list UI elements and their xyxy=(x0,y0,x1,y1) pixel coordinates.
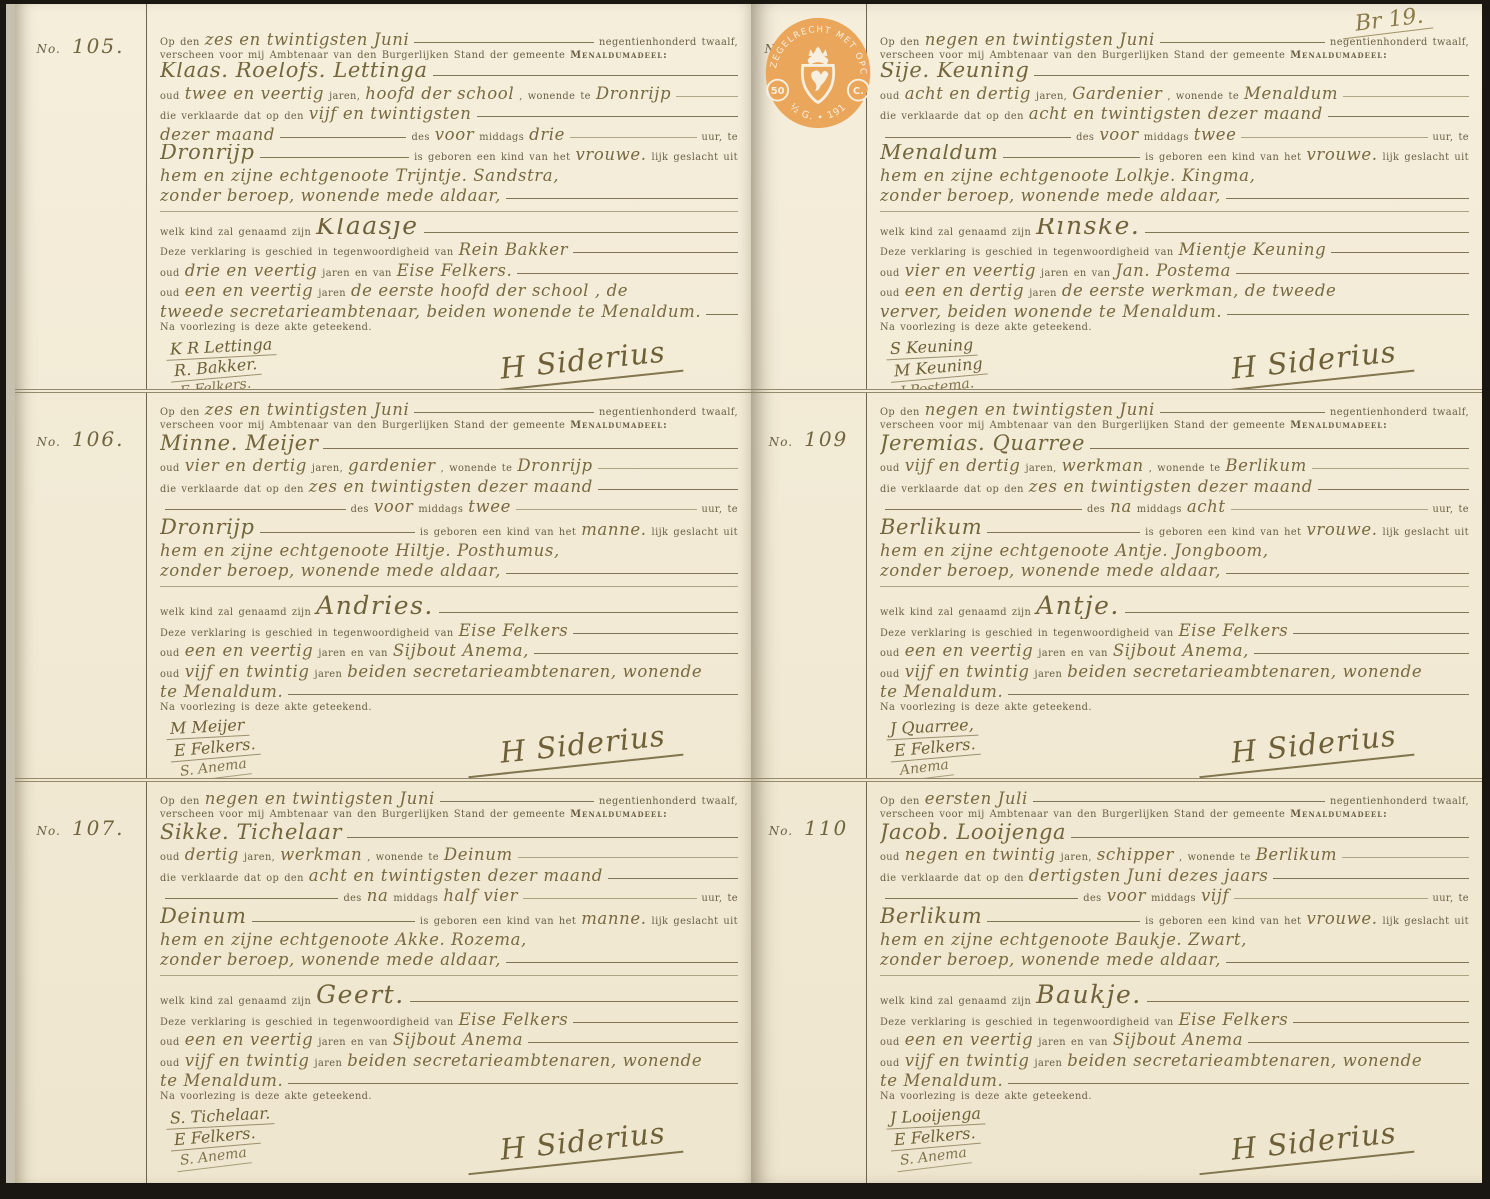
hw-child-name: Rinske. xyxy=(1036,218,1140,239)
line-beroep: zonder beroep, wonende mede aldaar, xyxy=(160,560,738,581)
printed-jaren: jaren, xyxy=(244,851,275,864)
signature-block: S KeuningM KeuningJ Postema. H Siderius xyxy=(880,337,1469,391)
printed-des: des xyxy=(343,892,361,905)
fill-line xyxy=(1071,837,1469,838)
signature-block: J LooijengaE Felkers.S. Anema H Siderius xyxy=(880,1106,1469,1183)
printed-verklaring: Deze verklaring is geschied in tegenwoor… xyxy=(880,627,1174,640)
hw-time: vijf xyxy=(1201,886,1229,905)
record-body: Op den zes en twintigsten Juni negentien… xyxy=(146,393,751,778)
printed-jaren-en-van: jaren en van xyxy=(322,267,392,280)
printed-middags: middags xyxy=(1151,892,1196,905)
printed-verklaarde: die verklaarde dat op den xyxy=(160,110,304,123)
fill-line xyxy=(885,509,1082,510)
fill-line xyxy=(1033,801,1325,802)
line-witness-desc-2: te Menaldum. xyxy=(160,1070,738,1091)
printed-verklaarde: die verklaarde dat op den xyxy=(880,872,1024,885)
fill-line xyxy=(260,157,410,158)
hw-witness2-age: een en veertig xyxy=(185,281,314,300)
hw-residence: Berlikum xyxy=(1225,456,1306,475)
printed-middags: middags xyxy=(479,131,524,144)
line-declaration-date: die verklaarde dat op den acht en twinti… xyxy=(160,864,738,885)
line-blank xyxy=(160,580,738,593)
fill-line xyxy=(1147,1001,1469,1002)
hw-witness2: Sijbout Anema, xyxy=(393,641,529,660)
fill-line xyxy=(1226,573,1469,574)
hw-gender: manne. xyxy=(581,909,646,928)
fill-line xyxy=(252,921,415,922)
line-witness1: Deze verklaring is geschied in tegenwoor… xyxy=(160,239,738,260)
printed-oud: oud xyxy=(160,1036,180,1049)
printed-verklaarde: die verklaarde dat op den xyxy=(160,872,304,885)
printed-uur-te: uur, te xyxy=(1433,131,1470,144)
printed-des: des xyxy=(351,503,369,516)
hw-birthplace: Berlikum xyxy=(880,905,982,928)
hw-occupation: gardenier xyxy=(348,456,436,475)
printed-welk-kind: welk kind zal genaamd zijn xyxy=(160,606,311,619)
fill-line xyxy=(433,75,738,76)
line-birthplace: Dronrijp is geboren een kind van het vro… xyxy=(160,144,738,165)
fill-line xyxy=(570,137,696,138)
printed-oud: oud xyxy=(160,90,180,103)
line-voorlezing: Na voorlezing is deze akte geteekend. xyxy=(880,701,1469,714)
printed-oud: oud xyxy=(880,287,900,300)
fill-line xyxy=(1125,612,1469,613)
record-number-value: 106. xyxy=(72,427,125,451)
hw-age: vier en dertig xyxy=(185,456,307,475)
line-declarant: Klaas. Roelofs. Lettinga xyxy=(160,62,738,83)
line-beroep: zonder beroep, wonende mede aldaar, xyxy=(160,949,738,970)
line-declarant: Jacob. Looijenga xyxy=(880,821,1469,844)
record-number: No. 107. xyxy=(15,816,146,840)
hw-witness-description: beiden secretarieambtenaren, wonende xyxy=(347,1051,702,1070)
fill-line xyxy=(885,137,1071,138)
record-number-value: 110 xyxy=(804,816,848,840)
hw-declaration-date: acht en twintigsten dezer maand xyxy=(1029,104,1323,123)
hw-witness2: Eise Felkers. xyxy=(397,261,513,280)
hw-spouse-line: hem en zijne echtgenoote Akke. Rozema, xyxy=(160,930,527,949)
line-voorlezing: Na voorlezing is deze akte geteekend. xyxy=(160,1090,738,1103)
hw-witness2-age: vijf en twintig xyxy=(185,662,310,681)
line-age-occupation: oud dertig jaren, werkman , wonende te D… xyxy=(160,844,738,865)
printed-oud: oud xyxy=(160,647,180,660)
line-time: des na middags half vier uur, te xyxy=(160,885,738,906)
hw-witness1: Eise Felkers xyxy=(1179,621,1289,640)
record: No. 105. Op den zes en twintigsten Juni … xyxy=(15,4,751,393)
line-age-occupation: oud twee en veertig jaren, hoofd der sch… xyxy=(160,82,738,103)
fill-line xyxy=(987,921,1140,922)
hw-age: vijf en dertig xyxy=(905,456,1021,475)
hw-witness-description-2: te Menaldum. xyxy=(160,1071,283,1090)
hw-witness-description: beiden secretarieambtenaren, wonende xyxy=(1067,662,1422,681)
fill-line xyxy=(1273,878,1469,879)
hw-witness1: Eise Felkers xyxy=(1179,1010,1289,1029)
no-label: No. xyxy=(769,824,793,838)
hw-witness-description: de eerste hoofd der school , de xyxy=(351,281,628,300)
hw-age: negen en twintig xyxy=(905,845,1056,864)
line-birthplace: Berlikum is geboren een kind van het vro… xyxy=(880,905,1469,928)
hw-date: zes en twintigsten Juni xyxy=(205,30,410,49)
hw-birthplace: Deinum xyxy=(160,905,247,928)
line-date: Op den negen en twintigsten Juni negenti… xyxy=(160,787,738,808)
hw-time: twee xyxy=(468,497,511,516)
printed-voorlezing: Na voorlezing is deze akte geteekend. xyxy=(160,701,372,714)
hw-daypart: na xyxy=(367,886,389,905)
printed-geslacht: lijk geslacht uit xyxy=(652,151,738,164)
printed-oud: oud xyxy=(880,668,900,681)
fill-line xyxy=(598,468,738,469)
no-label: No. xyxy=(37,42,61,56)
printed-jaren: jaren xyxy=(315,1057,343,1070)
fill-line xyxy=(260,532,415,533)
printed-jaren: jaren, xyxy=(312,462,343,475)
hw-witness-description-2: te Menaldum. xyxy=(880,682,1003,701)
printed-oud: oud xyxy=(880,851,900,864)
hw-child-name: Andries. xyxy=(316,593,434,619)
hw-witness-description-2: te Menaldum. xyxy=(160,682,283,701)
fill-line xyxy=(165,898,338,899)
printed-welk-kind: welk kind zal genaamd zijn xyxy=(160,226,311,239)
line-time: des na middags acht uur, te xyxy=(880,496,1469,517)
printed-jaren: jaren xyxy=(1035,1057,1063,1070)
hw-daypart: na xyxy=(1110,497,1132,516)
printed-jaren-en-van: jaren en van xyxy=(1041,267,1111,280)
hw-child-name: Baukje. xyxy=(1036,982,1142,1008)
line-voorlezing: Na voorlezing is deze akte geteekend. xyxy=(160,321,738,334)
line-declarant: Sikke. Tichelaar xyxy=(160,821,738,844)
record-number-value: 105. xyxy=(72,34,125,58)
line-blank xyxy=(160,205,738,218)
printed-gemeente: Menaldumadeel: xyxy=(570,809,668,820)
line-witness1: Deze verklaring is geschied in tegenwoor… xyxy=(880,619,1469,640)
signature-list: S. Tichelaar.E Felkers.S. Anema xyxy=(160,1106,274,1183)
printed-verscheen: verscheen voor mij Ambtenaar van den Bur… xyxy=(880,419,1388,432)
record-body: Op den zes en twintigsten Juni negentien… xyxy=(146,4,751,389)
printed-verklaarde: die verklaarde dat op den xyxy=(160,483,304,496)
printed-oud: oud xyxy=(160,267,180,280)
printed-des: des xyxy=(1087,503,1105,516)
line-declaration-date: die verklaarde dat op den zes en twintig… xyxy=(160,475,738,496)
printed-voorlezing: Na voorlezing is deze akte geteekend. xyxy=(160,321,372,334)
line-child-name: welk kind zal genaamd zijn Geert. xyxy=(160,982,738,1008)
line-spouse: hem en zijne echtgenoote Baukje. Zwart, xyxy=(880,928,1469,949)
register-photo: No. 105. Op den zes en twintigsten Juni … xyxy=(0,0,1490,1199)
printed-geboren: is geboren een kind van het xyxy=(414,151,570,164)
hw-time: drie xyxy=(529,125,565,144)
printed-middags: middags xyxy=(393,892,438,905)
printed-verscheen: verscheen voor mij Ambtenaar van den Bur… xyxy=(880,49,1388,62)
stamp-left-badge: 50 xyxy=(771,86,785,97)
hw-zonder-beroep: zonder beroep, wonende mede aldaar, xyxy=(160,950,501,969)
record-number: No. 109 xyxy=(751,427,866,451)
hw-witness2-age: een en dertig xyxy=(905,281,1025,300)
printed-oud: oud xyxy=(880,1036,900,1049)
hw-spouse-line: hem en zijne echtgenoote Trijntje. Sands… xyxy=(160,166,559,185)
hw-witness-description-2: te Menaldum. xyxy=(880,1071,1003,1090)
line-child-name: welk kind zal genaamd zijn Rinske. xyxy=(880,218,1469,239)
line-witness-desc: oud een en veertig jaren de eerste hoofd… xyxy=(160,280,738,301)
line-registrar-intro: verscheen voor mij Ambtenaar van den Bur… xyxy=(160,419,738,432)
no-label: No. xyxy=(769,435,793,449)
printed-year: negentienhonderd twaalf, xyxy=(599,795,738,808)
hw-gender: manne. xyxy=(581,520,646,539)
line-time: des voor middags twee uur, te xyxy=(880,123,1469,144)
printed-geboren: is geboren een kind van het xyxy=(420,526,576,539)
signature-list: K R LettingaR. Bakker.E Felkers. xyxy=(160,337,276,391)
line-spouse: hem en zijne echtgenoote Akke. Rozema, xyxy=(160,928,738,949)
hw-witness-description-2: tweede secretarieambtenaar, beiden wonen… xyxy=(160,302,701,321)
fill-line xyxy=(288,1083,738,1084)
record-number-value: 107. xyxy=(72,816,125,840)
line-age-occupation: oud vijf en dertig jaren, werkman , wone… xyxy=(880,455,1469,476)
hw-witness-description: de eerste werkman, de tweede xyxy=(1062,281,1336,300)
fill-line xyxy=(440,801,594,802)
hw-age: dertig xyxy=(185,845,239,864)
fill-line xyxy=(288,694,738,695)
printed-voorlezing: Na voorlezing is deze akte geteekend. xyxy=(880,701,1092,714)
registrar-signature: H Siderius xyxy=(464,1114,683,1175)
hw-witness-description-2: verver, beiden wonende te Menaldum. xyxy=(880,302,1222,321)
fill-line xyxy=(573,1022,738,1023)
fill-line xyxy=(1227,314,1469,315)
line-birthplace: Deinum is geboren een kind van het manne… xyxy=(160,905,738,928)
fill-line xyxy=(1231,509,1428,510)
line-beroep: zonder beroep, wonende mede aldaar, xyxy=(880,560,1469,581)
hw-declarant-name: Jeremias. Quarree xyxy=(880,432,1085,455)
registrar-signature: H Siderius xyxy=(1195,717,1414,778)
fill-line xyxy=(477,116,738,117)
line-registrar-intro: verscheen voor mij Ambtenaar van den Bur… xyxy=(160,808,738,821)
fill-line xyxy=(424,232,738,233)
line-registrar-intro: verscheen voor mij Ambtenaar van den Bur… xyxy=(160,49,738,62)
line-witness2: oud vier en veertig jaren en van Jan. Po… xyxy=(880,259,1469,280)
printed-geboren: is geboren een kind van het xyxy=(1145,526,1301,539)
fill-line xyxy=(573,633,738,634)
printed-geslacht: lijk geslacht uit xyxy=(652,915,738,928)
hw-witness2: Jan. Postema xyxy=(1116,261,1231,280)
printed-verklaring: Deze verklaring is geschied in tegenwoor… xyxy=(880,1016,1174,1029)
fill-line xyxy=(608,878,738,879)
fill-line xyxy=(1254,653,1469,654)
fill-line xyxy=(414,412,594,413)
printed-oud: oud xyxy=(880,1057,900,1070)
fill-line xyxy=(885,898,1078,899)
fill-line xyxy=(506,198,738,199)
no-label: No. xyxy=(37,824,61,838)
hw-occupation: werkman xyxy=(1062,456,1144,475)
fill-line xyxy=(1236,273,1469,274)
hw-witness-description: beiden secretarieambtenaren, wonende xyxy=(1067,1051,1422,1070)
printed-middags: middags xyxy=(1137,503,1182,516)
hw-declarant-name: Klaas. Roelofs. Lettinga xyxy=(160,62,428,83)
printed-jaren: jaren, xyxy=(329,90,360,103)
hw-birthplace: Dronrijp xyxy=(160,144,255,165)
hw-child-name: Geert. xyxy=(316,982,405,1008)
printed-jaren: jaren xyxy=(318,287,346,300)
hw-witness1-age: een en veertig xyxy=(185,1030,314,1049)
fill-line xyxy=(414,42,594,43)
line-witness-desc: oud vijf en twintig jaren beiden secreta… xyxy=(880,1049,1469,1070)
printed-wonende-te: , wonende te xyxy=(367,851,439,864)
line-witness-desc-2: te Menaldum. xyxy=(880,681,1469,702)
fill-line xyxy=(518,857,738,858)
record-number-column: No. 106. xyxy=(15,393,146,778)
line-time: dezer maand des voor middags drie uur, t… xyxy=(160,123,738,144)
hw-witness2: Sijbout Anema xyxy=(393,1030,523,1049)
line-witness-desc-2: te Menaldum. xyxy=(160,681,738,702)
printed-oud: oud xyxy=(880,90,900,103)
fill-line xyxy=(534,653,738,654)
fill-line xyxy=(1331,252,1469,253)
printed-geboren: is geboren een kind van het xyxy=(1145,915,1301,928)
registrar-signature: H Siderius xyxy=(1195,333,1414,393)
printed-des: des xyxy=(1076,131,1094,144)
printed-verklaring: Deze verklaring is geschied in tegenwoor… xyxy=(880,246,1174,259)
hw-witness1-age: een en veertig xyxy=(185,641,314,660)
fill-line xyxy=(706,314,738,315)
line-declarant: Minne. Meijer xyxy=(160,432,738,455)
hw-residence: Menaldum xyxy=(1244,84,1338,103)
printed-jaren-en-van: jaren en van xyxy=(1038,1036,1108,1049)
printed-wonende-te: , wonende te xyxy=(441,462,513,475)
signature-block: K R LettingaR. Bakker.E Felkers. H Sider… xyxy=(160,337,738,391)
hw-occupation: werkman xyxy=(280,845,362,864)
fill-line xyxy=(523,898,696,899)
printed-jaren: jaren xyxy=(315,668,343,681)
hw-birthplace: Menaldum xyxy=(880,144,998,165)
signature-list: J Quarree,E Felkers.Anema xyxy=(880,717,978,778)
hw-witness1: Mientje Keuning xyxy=(1179,240,1327,259)
hw-witness1: Rein Bakker xyxy=(459,240,569,259)
line-child-name: welk kind zal genaamd zijn Klaasje xyxy=(160,218,738,239)
printed-year: negentienhonderd twaalf, xyxy=(599,406,738,419)
printed-oud: oud xyxy=(160,1057,180,1070)
printed-gemeente: Menaldumadeel: xyxy=(1290,50,1388,61)
printed-year: negentienhonderd twaalf, xyxy=(599,36,738,49)
line-witness1: Deze verklaring is geschied in tegenwoor… xyxy=(160,1008,738,1029)
fill-line xyxy=(506,962,738,963)
printed-verklaarde: die verklaarde dat op den xyxy=(880,110,1024,123)
printed-oud: oud xyxy=(160,287,180,300)
line-date: Op den zes en twintigsten Juni negentien… xyxy=(160,398,738,419)
printed-welk-kind: welk kind zal genaamd zijn xyxy=(880,606,1031,619)
hw-zonder-beroep: zonder beroep, wonende mede aldaar, xyxy=(880,186,1221,205)
hw-date: negen en twintigsten Juni xyxy=(925,30,1155,49)
hw-witness1: Eise Felkers xyxy=(459,1010,569,1029)
printed-des: des xyxy=(1083,892,1101,905)
hw-declarant-name: Minne. Meijer xyxy=(160,432,318,455)
hw-declaration-date: dertigsten Juni dezes jaars xyxy=(1029,866,1269,885)
line-birthplace: Dronrijp is geboren een kind van het man… xyxy=(160,516,738,539)
hw-residence: Deinum xyxy=(444,845,513,864)
signature-block: J Quarree,E Felkers.Anema H Siderius xyxy=(880,717,1469,778)
line-spouse: hem en zijne echtgenoote Antje. Jongboom… xyxy=(880,539,1469,560)
line-child-name: welk kind zal genaamd zijn Andries. xyxy=(160,593,738,619)
fill-line xyxy=(880,586,1469,587)
printed-oud: oud xyxy=(880,267,900,280)
hw-zonder-beroep: zonder beroep, wonende mede aldaar, xyxy=(160,186,501,205)
printed-gemeente: Menaldumadeel: xyxy=(570,50,668,61)
printed-verklaarde: die verklaarde dat op den xyxy=(880,483,1024,496)
printed-gemeente: Menaldumadeel: xyxy=(1290,420,1388,431)
line-voorlezing: Na voorlezing is deze akte geteekend. xyxy=(160,701,738,714)
printed-op-den: Op den xyxy=(880,36,920,49)
line-birthplace: Berlikum is geboren een kind van het vro… xyxy=(880,516,1469,539)
hw-declarant-name: Sikke. Tichelaar xyxy=(160,821,342,844)
printed-verscheen: verscheen voor mij Ambtenaar van den Bur… xyxy=(160,808,668,821)
printed-wonende-te: , wonende te xyxy=(519,90,591,103)
printed-middags: middags xyxy=(1144,131,1189,144)
hw-witness2-age: vijf en twintig xyxy=(905,662,1030,681)
line-blank xyxy=(880,580,1469,593)
line-witness1: Deze verklaring is geschied in tegenwoor… xyxy=(880,239,1469,260)
hw-residence: Berlikum xyxy=(1256,845,1337,864)
hw-child-name: Antje. xyxy=(1036,593,1120,619)
line-spouse: hem en zijne echtgenoote Trijntje. Sands… xyxy=(160,164,738,185)
printed-welk-kind: welk kind zal genaamd zijn xyxy=(160,995,311,1008)
line-beroep: zonder beroep, wonende mede aldaar, xyxy=(880,185,1469,206)
fill-line xyxy=(1343,96,1469,97)
line-registrar-intro: verscheen voor mij Ambtenaar van den Bur… xyxy=(880,49,1469,62)
line-date: Op den negen en twintigsten Juni negenti… xyxy=(880,398,1469,419)
printed-geslacht: lijk geslacht uit xyxy=(1383,526,1469,539)
printed-des: des xyxy=(411,131,429,144)
printed-jaren: jaren, xyxy=(1061,851,1092,864)
registrar-signature: H Siderius xyxy=(464,717,683,778)
line-birthplace: Menaldum is geboren een kind van het vro… xyxy=(880,144,1469,165)
fill-line xyxy=(528,1042,738,1043)
line-age-occupation: oud negen en twintig jaren, schipper , w… xyxy=(880,844,1469,865)
line-witness-desc: oud vijf en twintig jaren beiden secreta… xyxy=(160,660,738,681)
hw-daypart: voor xyxy=(1099,125,1138,144)
hw-gender: vrouwe. xyxy=(1306,909,1377,928)
printed-jaren: jaren xyxy=(1035,668,1063,681)
page-right: Br 19. ZEGELRECHT MET OPCENTEN xyxy=(751,4,1482,1183)
fill-line xyxy=(1312,468,1469,469)
printed-geslacht: lijk geslacht uit xyxy=(652,526,738,539)
hw-spouse-line: hem en zijne echtgenoote Baukje. Zwart, xyxy=(880,930,1247,949)
fill-line xyxy=(676,96,738,97)
signature-list: J LooijengaE Felkers.S. Anema xyxy=(880,1106,985,1183)
fill-line xyxy=(1248,1042,1469,1043)
line-declarant: Sije. Keuning xyxy=(880,62,1469,83)
signature-block: M MeijerE Felkers.S. Anema H Siderius xyxy=(160,717,738,778)
printed-voorlezing: Na voorlezing is deze akte geteekend. xyxy=(880,321,1092,334)
printed-op-den: Op den xyxy=(880,795,920,808)
fill-line xyxy=(598,489,738,490)
record-body: Op den eersten Juli negentienhonderd twa… xyxy=(866,782,1482,1183)
printed-voorlezing: Na voorlezing is deze akte geteekend. xyxy=(880,1090,1092,1103)
printed-oud: oud xyxy=(880,462,900,475)
registrar-signature: H Siderius xyxy=(464,333,683,393)
hw-declaration-date-2: dezer maand xyxy=(160,125,275,144)
stamp-right-badge: C. xyxy=(853,86,864,97)
record-body: Op den negen en twintigsten Juni negenti… xyxy=(866,4,1482,389)
printed-verscheen: verscheen voor mij Ambtenaar van den Bur… xyxy=(160,49,668,62)
printed-uur-te: uur, te xyxy=(1433,892,1469,905)
hw-zonder-beroep: zonder beroep, wonende mede aldaar, xyxy=(160,561,501,580)
line-witness1: Deze verklaring is geschied in tegenwoor… xyxy=(880,1008,1469,1029)
fill-line xyxy=(506,573,738,574)
printed-op-den: Op den xyxy=(160,406,200,419)
hw-residence: Dronrijp xyxy=(596,84,671,103)
printed-verscheen: verscheen voor mij Ambtenaar van den Bur… xyxy=(880,808,1388,821)
hw-age: acht en dertig xyxy=(905,84,1031,103)
printed-oud: oud xyxy=(160,668,180,681)
fill-line xyxy=(165,509,346,510)
hw-witness-description: beiden secretarieambtenaren, wonende xyxy=(347,662,702,681)
hw-time: twee xyxy=(1194,125,1237,144)
printed-geboren: is geboren een kind van het xyxy=(420,915,576,928)
